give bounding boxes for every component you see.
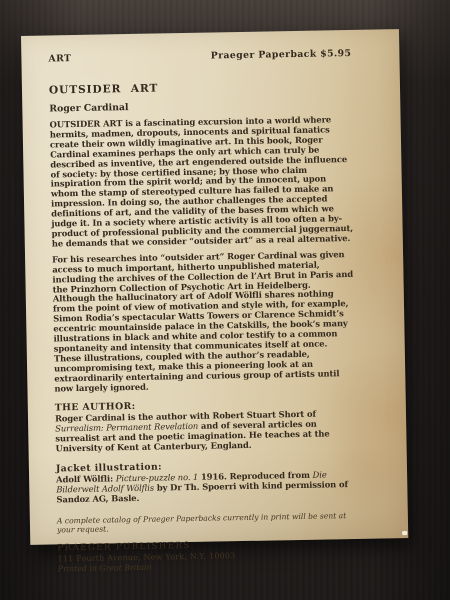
jacket-content: ART Praeger Paperback $5.95 OUTSIDER ART… <box>48 49 360 574</box>
jacket-illustration-section: Jacket illustration: Adolf Wölfli: Pictu… <box>56 459 360 505</box>
blurb-paragraph-2: For his researches into “outsider art” R… <box>52 250 357 394</box>
category-label: ART <box>48 54 71 64</box>
imprint-price-label: Praeger Paperback $5.95 <box>211 49 352 62</box>
book-title: OUTSIDER ART <box>49 80 352 97</box>
blurb-paragraph-1: OUTSIDER ART is a fascinating excursion … <box>50 115 355 249</box>
photo-background: ART Praeger Paperback $5.95 OUTSIDER ART… <box>0 0 450 600</box>
author-byline: Roger Cardinal <box>49 99 352 115</box>
catalog-note: A complete catalog of Praeger Paperbacks… <box>57 511 360 535</box>
paper-corner-chip <box>402 531 407 535</box>
jacket-illustration-paragraph: Adolf Wölfli: Picture-puzzle no. 1 1916.… <box>56 470 359 505</box>
author-section-paragraph: Roger Cardinal is the author with Robert… <box>55 409 359 454</box>
masthead-row: ART Praeger Paperback $5.95 <box>48 49 351 65</box>
book-jacket-paper: ART Praeger Paperback $5.95 OUTSIDER ART… <box>21 29 408 545</box>
author-section: THE AUTHOR: Roger Cardinal is the author… <box>55 398 359 454</box>
